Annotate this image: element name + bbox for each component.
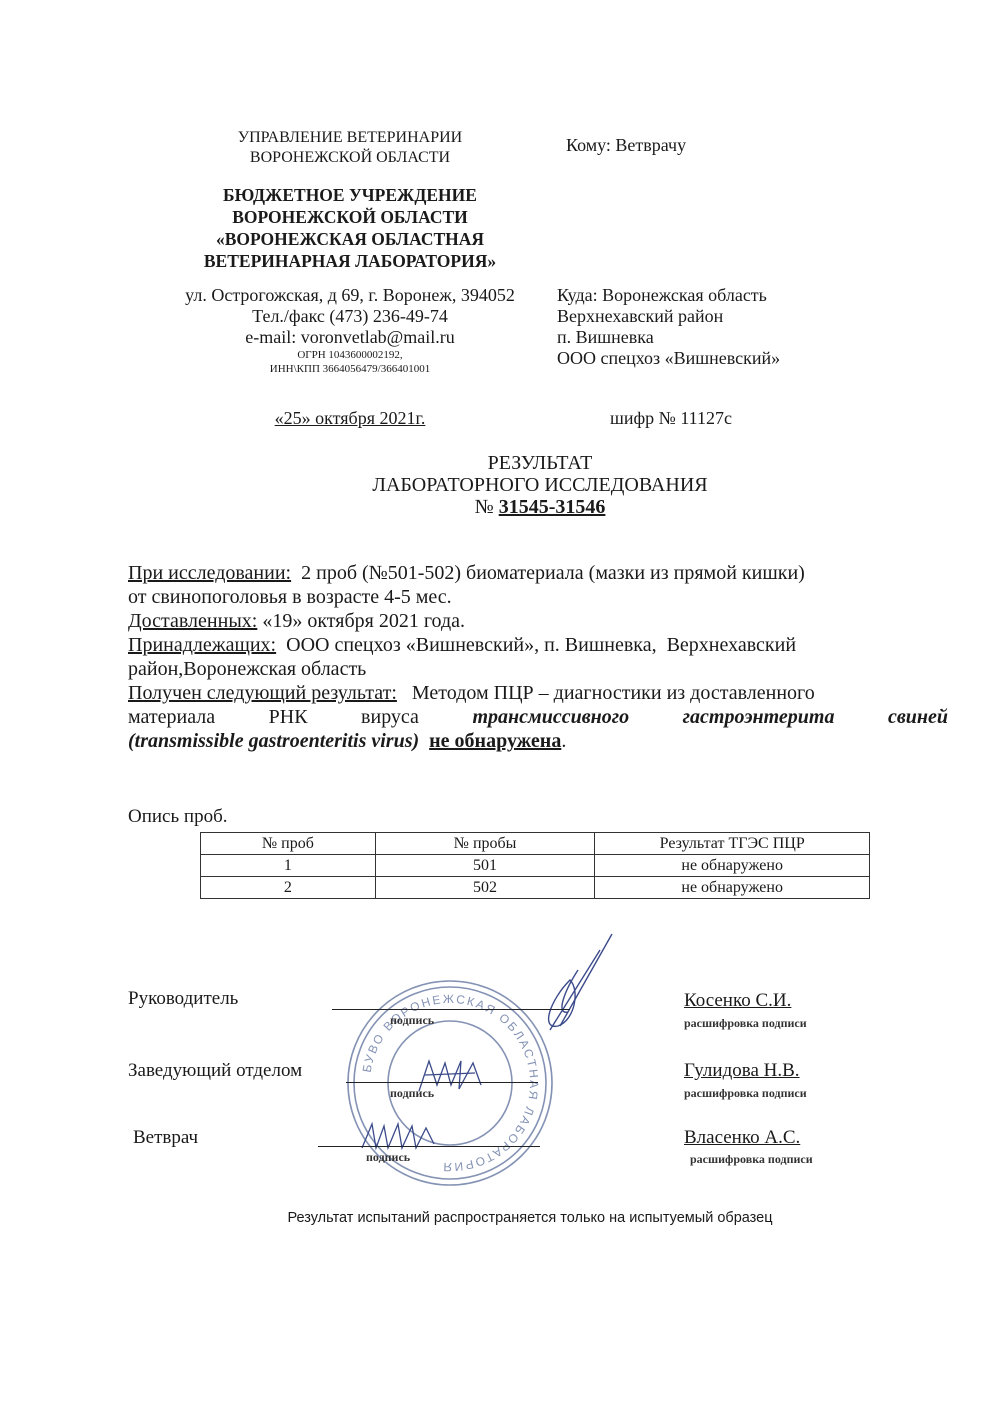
column-header: № пробы xyxy=(375,833,595,855)
department-line-2: ВОРОНЕЖСКОЙ ОБЛАСТИ xyxy=(140,148,560,168)
result-verdict: не обнаружена xyxy=(429,730,561,752)
title-number-line: № 31545-31546 xyxy=(300,496,780,518)
signature-caption: подпись xyxy=(390,1086,434,1101)
destination-line-2: Верхнехавский район xyxy=(557,306,780,327)
table-cell: не обнаружено xyxy=(595,855,870,877)
table-cell: 502 xyxy=(375,877,595,899)
ogrn: ОГРН 1043600002192, xyxy=(140,348,560,362)
signature-decode-caption: расшифровка подписи xyxy=(684,1086,807,1101)
organization-heading: БЮДЖЕТНОЕ УЧРЕЖДЕНИЕ ВОРОНЕЖСКОЙ ОБЛАСТИ… xyxy=(140,184,560,272)
document-title: РЕЗУЛЬТАТ ЛАБОРАТОРНОГО ИССЛЕДОВАНИЯ № 3… xyxy=(300,452,780,518)
delivered-paragraph: Доставленных: «19» октября 2021 года. xyxy=(128,609,948,633)
signature-line xyxy=(346,1082,538,1083)
period: . xyxy=(561,730,566,752)
handwritten-signature-icon xyxy=(520,930,620,1040)
handwritten-signature-icon xyxy=(360,1118,440,1154)
result-label: Получен следующий результат: xyxy=(128,682,397,704)
result-line-2: материала РНК вируса трансмиссивного гас… xyxy=(128,705,948,729)
destination-line-4: ООО спецхоз «Вишневский» xyxy=(557,348,780,369)
research-text-2: от свинопоголовья в возрасте 4-5 мес. xyxy=(128,585,948,609)
signatory-name: Гулидова Н.В. xyxy=(684,1060,800,1082)
delivered-text: «19» октября 2021 года. xyxy=(257,610,465,632)
document-date: «25» октября 2021г. xyxy=(140,408,560,429)
result-paragraph: Получен следующий результат: Методом ПЦР… xyxy=(128,681,948,705)
signatory-name: Косенко С.И. xyxy=(684,990,791,1012)
phone: Тел./факс (473) 236-49-74 xyxy=(140,306,560,327)
footer-note: Результат испытаний распространяется тол… xyxy=(230,1210,830,1226)
signature-line xyxy=(318,1146,540,1147)
destination-line-1: Куда: Воронежская область xyxy=(557,285,780,306)
table-row: 1 501 не обнаружено xyxy=(201,855,870,877)
owner-text-2: район,Воронежская область xyxy=(128,657,948,681)
pathogen-name: свиней xyxy=(888,706,948,728)
signature-decode-caption: расшифровка подписи xyxy=(684,1016,807,1031)
result-word: вируса xyxy=(361,706,419,728)
signature-caption: подпись xyxy=(366,1150,410,1165)
table-cell: 2 xyxy=(201,877,376,899)
email: e-mail: voronvetlab@mail.ru xyxy=(140,327,560,348)
organization-line-2: ВОРОНЕЖСКОЙ ОБЛАСТИ xyxy=(140,206,560,228)
title-line-1: РЕЗУЛЬТАТ xyxy=(300,452,780,474)
research-paragraph: При исследовании: 2 проб (№501-502) биом… xyxy=(128,561,948,585)
table-cell: 1 xyxy=(201,855,376,877)
cipher-number: шифр № 11127с xyxy=(610,408,732,429)
pathogen-name: гастроэнтерита xyxy=(683,706,835,728)
owner-paragraph: Принадлежащих: ООО спецхоз «Вишневский»,… xyxy=(128,633,948,657)
signature-decode-caption: расшифровка подписи xyxy=(690,1152,813,1167)
department-line-1: УПРАВЛЕНИЕ ВЕТЕРИНАРИИ xyxy=(140,128,560,148)
organization-line-1: БЮДЖЕТНОЕ УЧРЕЖДЕНИЕ xyxy=(140,184,560,206)
research-number: 31545-31546 xyxy=(499,496,606,518)
delivered-label: Доставленных: xyxy=(128,610,257,632)
pathogen-name: трансмиссивного xyxy=(472,706,629,728)
signatory-name: Власенко А.С. xyxy=(684,1127,800,1149)
inventory-label: Опись проб. xyxy=(128,806,228,828)
samples-table: № проб № пробы Результат ТГЭС ПЦР 1 501 … xyxy=(200,832,870,899)
result-line-3: (transmissible gastroenteritis virus) не… xyxy=(128,729,948,753)
organization-line-4: ВЕТЕРИНАРНАЯ ЛАБОРАТОРИЯ» xyxy=(140,250,560,272)
signature-role: Ветврач xyxy=(133,1127,198,1149)
signature-caption: подпись xyxy=(390,1013,434,1028)
address: ул. Острогожская, д 69, г. Воронеж, 3940… xyxy=(140,285,560,306)
title-number-prefix: № xyxy=(475,496,499,518)
document-date-text: «25» октября 2021г. xyxy=(275,408,426,428)
result-text: Методом ПЦР – диагностики из доставленно… xyxy=(397,682,815,704)
table-cell: 501 xyxy=(375,855,595,877)
table-cell: не обнаружено xyxy=(595,877,870,899)
column-header: № проб xyxy=(201,833,376,855)
result-word: РНК xyxy=(269,706,308,728)
research-label: При исследовании: xyxy=(128,562,291,584)
table-row: 2 502 не обнаружено xyxy=(201,877,870,899)
research-details: При исследовании: 2 проб (№501-502) биом… xyxy=(128,561,948,753)
table-header-row: № проб № пробы Результат ТГЭС ПЦР xyxy=(201,833,870,855)
inn-kpp: ИНН\КПП 3664056479/366401001 xyxy=(140,362,560,376)
owner-label: Принадлежащих: xyxy=(128,634,276,656)
signature-line xyxy=(332,1009,570,1010)
result-word: материала xyxy=(128,706,215,728)
department-heading: УПРАВЛЕНИЕ ВЕТЕРИНАРИИ ВОРОНЕЖСКОЙ ОБЛАС… xyxy=(140,128,560,168)
recipient-destination: Куда: Воронежская область Верхнехавский … xyxy=(557,285,780,369)
column-header: Результат ТГЭС ПЦР xyxy=(595,833,870,855)
destination-line-3: п. Вишневка xyxy=(557,327,780,348)
organization-contacts: ул. Острогожская, д 69, г. Воронеж, 3940… xyxy=(140,285,560,376)
organization-line-3: «ВОРОНЕЖСКАЯ ОБЛАСТНАЯ xyxy=(140,228,560,250)
signature-role: Руководитель xyxy=(128,988,238,1010)
pathogen-latin-name: (transmissible gastroenteritis virus) xyxy=(128,730,419,752)
signature-role: Заведующий отделом xyxy=(128,1060,302,1082)
owner-text: ООО спецхоз «Вишневский», п. Вишневка, В… xyxy=(276,634,796,656)
research-text: 2 проб (№501-502) биоматериала (мазки из… xyxy=(291,562,805,584)
title-line-2: ЛАБОРАТОРНОГО ИССЛЕДОВАНИЯ xyxy=(300,474,780,496)
recipient-to: Кому: Ветврачу xyxy=(566,135,686,156)
